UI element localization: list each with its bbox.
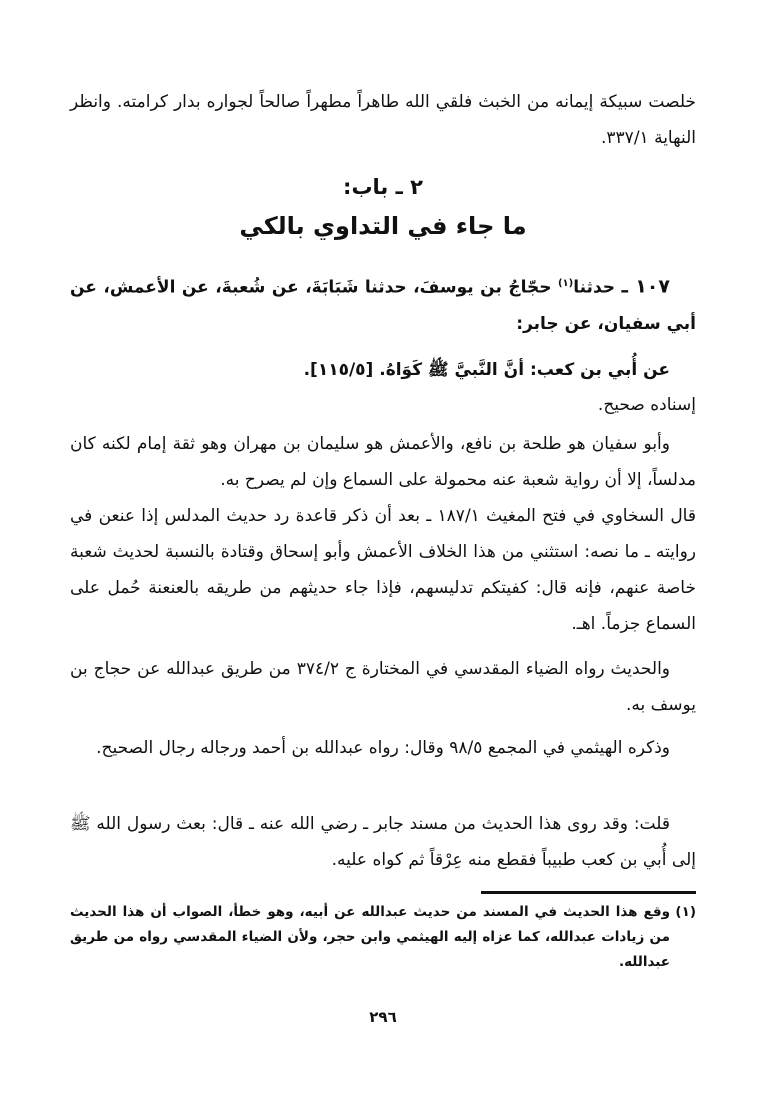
matn-intro: عن أُبي بن كعب: xyxy=(530,360,670,380)
isnad-start: حدثنا xyxy=(573,278,615,298)
footnote-separator xyxy=(481,891,696,894)
footnote-marker: (١) xyxy=(675,900,696,925)
commentary-paragraph-1: وأبو سفيان هو طلحة بن نافع، والأعمش هو س… xyxy=(70,426,696,498)
hadith-isnad: ١٠٧ ـ حدثنا(١) حجّاجُ بن يوسفَ، حدثنا شَ… xyxy=(70,266,696,342)
grading: إسناده صحيح. xyxy=(70,387,696,423)
commentary-paragraph-4: وذكره الهيثمي في المجمع ٩٨/٥ وقال: رواه … xyxy=(70,730,696,766)
page-number: ٢٩٦ xyxy=(70,1008,696,1026)
hadith-number: ١٠٧ ـ xyxy=(622,276,670,298)
continuation-paragraph: خلصت سبيكة إيمانه من الخبث فلقي الله طاه… xyxy=(70,84,696,156)
commentary-paragraph-5: قلت: وقد روى هذا الحديث من مسند جابر ـ ر… xyxy=(70,806,696,878)
commentary-paragraph-3: والحديث رواه الضياء المقدسي في المختارة … xyxy=(70,651,696,723)
footnote-1: (١) وقع هذا الحديث في المسند من حديث عبد… xyxy=(70,900,696,975)
chapter-number: ٢ ـ باب: xyxy=(70,175,696,199)
source-ref: [١١٥/٥]. xyxy=(304,360,374,380)
footnote-ref[interactable]: (١) xyxy=(558,278,573,289)
chapter-title: ما جاء في التداوي بالكي xyxy=(70,212,696,240)
matn-text: أنَّ النَّبيَّ ﷺ كَوَاهُ. xyxy=(379,360,524,380)
hadith-matn: عن أُبي بن كعب: أنَّ النَّبيَّ ﷺ كَوَاهُ… xyxy=(70,352,696,388)
footnote-text: وقع هذا الحديث في المسند من حديث عبدالله… xyxy=(70,900,696,975)
commentary-paragraph-2: قال السخاوي في فتح المغيث ١٨٧/١ ـ بعد أن… xyxy=(70,498,696,642)
